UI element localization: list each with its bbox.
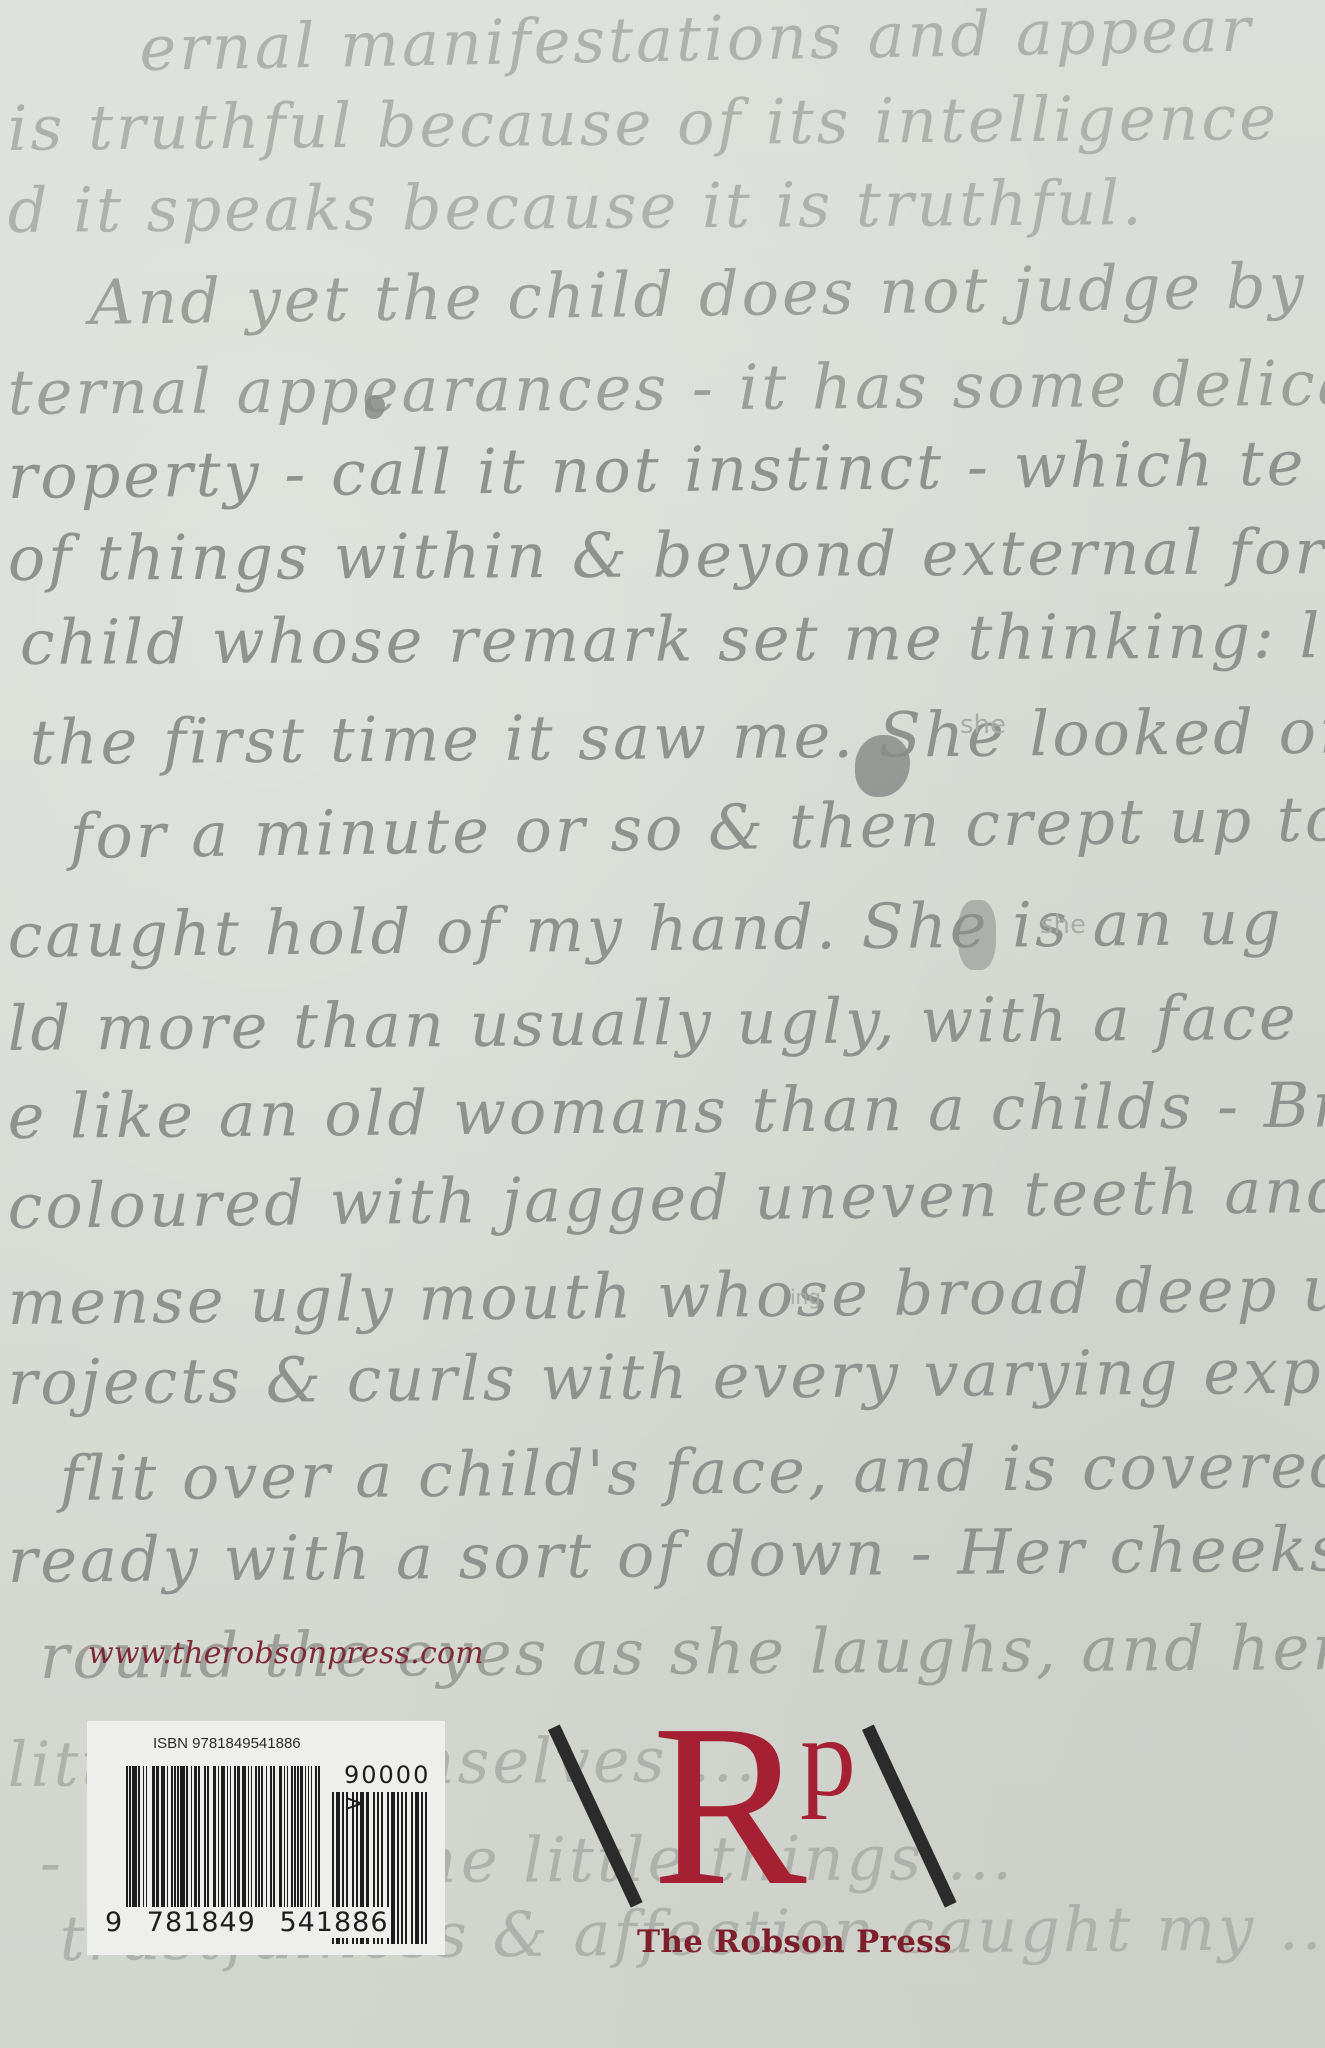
handwriting-line: And yet the child does not judge by <box>89 255 1307 334</box>
handwriting-line: mense ugly mouth whose broad deep upper <box>7 1256 1325 1334</box>
annotation-ing: ing <box>790 1285 821 1309</box>
logo-right-slash <box>862 1725 957 1908</box>
handwriting-line: of things within & beyond external forms <box>8 521 1325 590</box>
logo-left-slash <box>548 1725 643 1908</box>
handwriting-line: coloured with jagged uneven teeth and wi… <box>7 1156 1325 1238</box>
logo-letter-r: R <box>652 1690 807 1922</box>
handwriting-line: roperty - call it not instinct - which t… <box>7 432 1306 508</box>
publisher-website-link[interactable]: www.therobsonpress.com <box>88 1636 484 1671</box>
handwriting-line: for a minute or so & then crept up to my… <box>69 784 1325 868</box>
handwriting-line: d it speaks because it is truthful. <box>8 172 1145 242</box>
isbn-barcode: ISBN 9781849541886 90000 > 9 781849 5418… <box>87 1721 445 1955</box>
barcode-digits-right: 541886 <box>279 1907 388 1938</box>
handwriting-line: ready with a sort of down - Her cheeks b… <box>7 1516 1325 1592</box>
logo-letter-p: p <box>800 1702 856 1814</box>
handwriting-line: ld more than usually ugly, with a face <box>7 987 1298 1060</box>
handwriting-line: is truthful because of its intelligence <box>7 87 1279 160</box>
handwriting-line: ernal manifestations and appear <box>139 0 1254 80</box>
publisher-logo: R p The Robson Press <box>540 1720 970 1970</box>
annotation-she-1: she <box>960 710 1006 740</box>
handwriting-line: the first time it saw me. She looked on … <box>29 700 1325 774</box>
barcode-digits: 9 781849 541886 <box>103 1907 391 1938</box>
addon-digits: 90000 <box>344 1761 430 1789</box>
handwriting-line: flit over a child's face, and is covered <box>59 1434 1325 1510</box>
barcode-digit-lead: 9 <box>105 1907 123 1938</box>
handwriting-line: e like an old womans than a childs - Bro… <box>7 1073 1325 1148</box>
barcode-digits-left: 781849 <box>147 1907 256 1938</box>
isbn-label: ISBN 9781849541886 <box>153 1735 301 1752</box>
handwriting-line: caught hold of my hand. She is an ug <box>7 892 1284 967</box>
scribble-mark <box>958 900 996 970</box>
annotation-she-2: she <box>1040 910 1086 940</box>
handwriting-line: child whose remark set me thinking: like <box>20 605 1325 674</box>
handwriting-line: ternal appearances - it has some delica <box>8 353 1325 424</box>
handwriting-line: rojects & curls with every varying expre… <box>7 1337 1325 1414</box>
publisher-name: The Robson Press <box>637 1924 952 1960</box>
book-back-cover: ernal manifestations and appearis truthf… <box>0 0 1325 2048</box>
barcode-bar <box>425 1792 427 1944</box>
